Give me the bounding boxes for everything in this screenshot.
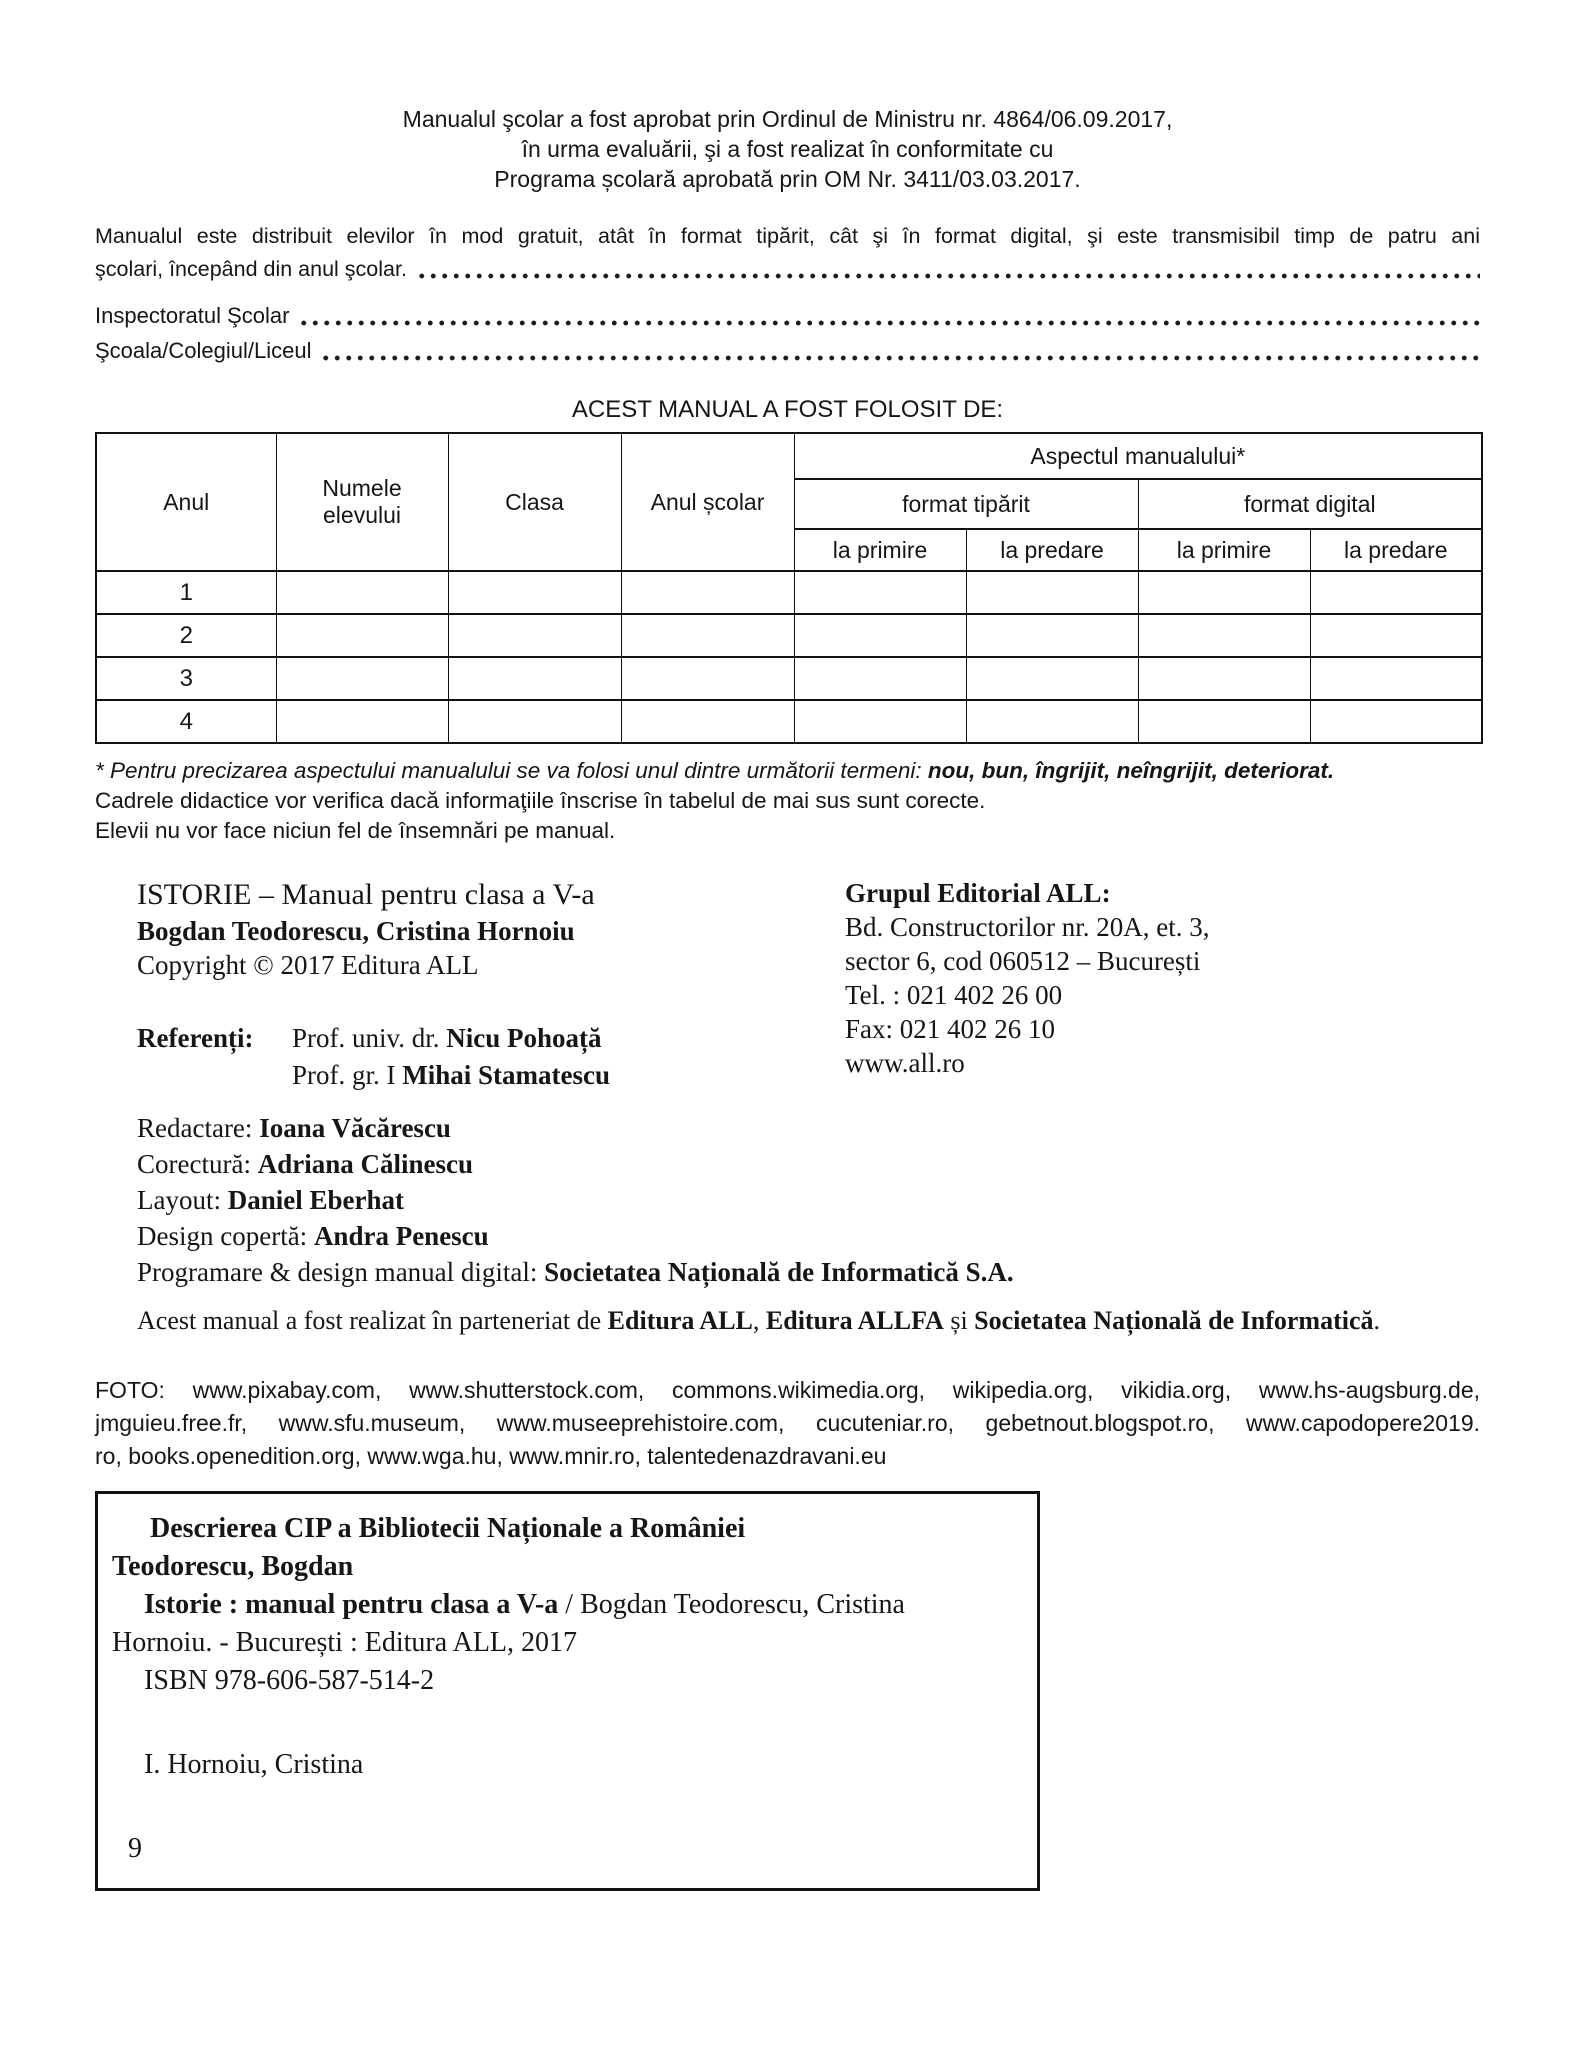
referent-prefix: Prof. gr. I	[292, 1060, 402, 1090]
empty-cell	[1138, 614, 1310, 657]
empty-cell	[1310, 614, 1482, 657]
col-header-aspect: Aspectul manualului*	[794, 433, 1482, 479]
approval-statement: Manualul şcolar a fost aprobat prin Ordi…	[95, 104, 1480, 194]
publisher-name: Grupul Editorial ALL:	[845, 876, 1209, 910]
table-row: 2	[96, 614, 1482, 657]
publisher-website: www.all.ro	[845, 1046, 1209, 1080]
cip-author: Teodorescu, Bogdan	[112, 1548, 1013, 1586]
partnership-separator: ,	[753, 1306, 766, 1335]
footnote-terms: nou, bun, îngrijit, neîngrijit, deterior…	[928, 758, 1334, 783]
empty-cell	[794, 657, 966, 700]
inspectorate-label: Inspectoratul Şcolar	[95, 298, 289, 333]
staff-name: Andra Penescu	[314, 1221, 489, 1251]
col-header-la-primire: la primire	[1138, 529, 1310, 571]
referent-prefix: Prof. univ. dr.	[292, 1023, 446, 1053]
col-header-anul: Anul	[96, 433, 276, 571]
referent-name: Mihai Stamatescu	[402, 1060, 610, 1090]
dotted-fill-line	[298, 320, 1480, 326]
row-number-cell: 3	[96, 657, 276, 700]
row-number-cell: 2	[96, 614, 276, 657]
staff-line: Layout: Daniel Eberhat	[137, 1182, 1480, 1218]
staff-role: Design copertă:	[137, 1221, 314, 1251]
empty-cell	[966, 614, 1138, 657]
approval-line: Programa școlară aprobată prin OM Nr. 34…	[95, 164, 1480, 194]
publisher-address: sector 6, cod 060512 – București	[845, 944, 1209, 978]
empty-cell	[966, 657, 1138, 700]
photo-credits: FOTO: www.pixabay.com, www.shutterstock.…	[95, 1374, 1480, 1473]
empty-cell	[621, 614, 794, 657]
partnership-suffix: .	[1374, 1306, 1381, 1335]
partner-name: Societatea Națională de Informatică	[974, 1306, 1373, 1335]
photo-credits-line: ro, books.openedition.org, www.wga.hu, w…	[95, 1440, 1480, 1473]
empty-cell	[276, 614, 448, 657]
partner-name: Editura ALL	[608, 1306, 753, 1335]
col-header-la-predare: la predare	[1310, 529, 1482, 571]
credits-left-column: ISTORIE – Manual pentru clasa a V-a Bogd…	[137, 876, 803, 1094]
empty-cell	[1138, 571, 1310, 614]
empty-cell	[448, 700, 621, 743]
cip-number: 9	[112, 1830, 1013, 1868]
approval-line: în urma evaluării, şi a fost realizat în…	[95, 134, 1480, 164]
col-header-format-tiparit: format tipărit	[794, 479, 1138, 529]
table-row: 3	[96, 657, 1482, 700]
col-header-la-primire: la primire	[794, 529, 966, 571]
publisher-fax: Fax: 021 402 26 10	[845, 1012, 1209, 1046]
table-footnote: * Pentru precizarea aspectului manualulu…	[95, 756, 1480, 846]
referent-name: Nicu Pohoață	[446, 1023, 601, 1053]
cip-description-box: Descrierea CIP a Bibliotecii Naționale a…	[95, 1491, 1040, 1891]
distribution-leader-line: şcolari, începând din anul şcolar.	[95, 253, 1480, 286]
dotted-fill-line	[320, 355, 1480, 361]
empty-cell	[621, 571, 794, 614]
row-number-cell: 1	[96, 571, 276, 614]
cip-entry: I. Hornoiu, Cristina	[112, 1746, 1013, 1784]
empty-cell	[1310, 657, 1482, 700]
authors-line: Bogdan Teodorescu, Cristina Hornoiu	[137, 914, 803, 948]
empty-cell	[794, 571, 966, 614]
empty-cell	[448, 571, 621, 614]
book-copyright-page: Manualul şcolar a fost aprobat prin Ordi…	[0, 0, 1575, 2047]
staff-name: Societatea Națională de Informatică S.A.	[544, 1257, 1013, 1287]
usage-table-title: ACEST MANUAL A FOST FOLOSIT DE:	[95, 396, 1480, 424]
table-header-row: Anul Numele elevului Clasa Anul școlar A…	[96, 433, 1482, 479]
staff-name: Ioana Văcărescu	[259, 1113, 451, 1143]
partnership-line: Acest manual a fost realizat în partener…	[137, 1304, 1480, 1338]
distribution-line: Manualul este distribuit elevilor în mod…	[95, 220, 1480, 253]
empty-cell	[621, 657, 794, 700]
publisher-address: Bd. Constructorilor nr. 20A, et. 3,	[845, 910, 1209, 944]
credits-section: ISTORIE – Manual pentru clasa a V-a Bogd…	[95, 876, 1480, 1094]
cip-title-rest: / Bogdan Teodorescu, Cristina	[558, 1589, 905, 1620]
staff-role: Programare & design manual digital:	[137, 1257, 544, 1287]
book-title: ISTORIE – Manual pentru clasa a V-a	[137, 876, 803, 914]
col-header-numele-elevului: Numele elevului	[276, 433, 448, 571]
fill-in-section: Inspectoratul Şcolar Şcoala/Colegiul/Lic…	[95, 298, 1480, 368]
empty-cell	[794, 614, 966, 657]
empty-cell	[448, 614, 621, 657]
empty-cell	[276, 571, 448, 614]
staff-line: Design copertă: Andra Penescu	[137, 1218, 1480, 1254]
publisher-block: Grupul Editorial ALL: Bd. Constructorilo…	[845, 876, 1209, 1094]
empty-cell	[966, 571, 1138, 614]
inspectorate-line: Inspectoratul Şcolar	[95, 298, 1480, 333]
cip-title-line: Hornoiu. - București : Editura ALL, 2017	[112, 1624, 1013, 1662]
cip-isbn: ISBN 978-606-587-514-2	[112, 1662, 1013, 1700]
approval-line: Manualul şcolar a fost aprobat prin Ordi…	[95, 104, 1480, 134]
staff-role: Redactare:	[137, 1113, 259, 1143]
empty-cell	[276, 700, 448, 743]
school-line: Şcoala/Colegiul/Liceul	[95, 333, 1480, 368]
cip-title-line: Istorie : manual pentru clasa a V-a / Bo…	[112, 1586, 1013, 1624]
staff-line: Programare & design manual digital: Soci…	[137, 1254, 1480, 1290]
publisher-phone: Tel. : 021 402 26 00	[845, 978, 1209, 1012]
photo-credits-line: FOTO: www.pixabay.com, www.shutterstock.…	[95, 1374, 1480, 1407]
staff-name: Daniel Eberhat	[228, 1185, 404, 1215]
empty-cell	[1310, 700, 1482, 743]
col-header-format-digital: format digital	[1138, 479, 1482, 529]
partner-name: Editura ALLFA	[766, 1306, 944, 1335]
photo-credits-line: jmguieu.free.fr, www.sfu.museum, www.mus…	[95, 1407, 1480, 1440]
col-header-la-predare: la predare	[966, 529, 1138, 571]
staff-credits: Redactare: Ioana Văcărescu Corectură: Ad…	[137, 1110, 1480, 1290]
staff-name: Adriana Călinescu	[258, 1149, 473, 1179]
footnote-star-line: * Pentru precizarea aspectului manualulu…	[95, 756, 1480, 786]
row-number-cell: 4	[96, 700, 276, 743]
referent-line: Prof. univ. dr. Nicu Pohoață	[292, 1020, 610, 1057]
distribution-paragraph: Manualul este distribuit elevilor în mod…	[95, 220, 1480, 286]
cip-title-bold: Istorie : manual pentru clasa a V-a	[144, 1589, 558, 1620]
footnote-intro: * Pentru precizarea aspectului manualulu…	[95, 758, 928, 783]
footnote-line: Cadrele didactice vor verifica dacă info…	[95, 786, 1480, 816]
empty-cell	[1138, 700, 1310, 743]
usage-table: Anul Numele elevului Clasa Anul școlar A…	[95, 432, 1483, 744]
staff-line: Redactare: Ioana Văcărescu	[137, 1110, 1480, 1146]
dotted-fill-line	[416, 273, 1480, 279]
empty-cell	[1138, 657, 1310, 700]
empty-cell	[1310, 571, 1482, 614]
col-header-anul-scolar: Anul școlar	[621, 433, 794, 571]
distribution-line: şcolari, începând din anul şcolar.	[95, 253, 407, 286]
school-label: Şcoala/Colegiul/Liceul	[95, 333, 311, 368]
table-row: 4	[96, 700, 1482, 743]
partnership-prefix: Acest manual a fost realizat în partener…	[137, 1306, 608, 1335]
empty-cell	[448, 657, 621, 700]
copyright-line: Copyright © 2017 Editura ALL	[137, 948, 803, 982]
referents-label: Referenți:	[137, 1020, 292, 1094]
empty-cell	[966, 700, 1138, 743]
referents-list: Prof. univ. dr. Nicu Pohoață Prof. gr. I…	[292, 1020, 610, 1094]
referents-block: Referenți: Prof. univ. dr. Nicu Pohoață …	[137, 1020, 803, 1094]
staff-role: Layout:	[137, 1185, 228, 1215]
empty-cell	[794, 700, 966, 743]
empty-cell	[621, 700, 794, 743]
staff-role: Corectură:	[137, 1149, 258, 1179]
referent-line: Prof. gr. I Mihai Stamatescu	[292, 1057, 610, 1094]
table-row: 1	[96, 571, 1482, 614]
staff-line: Corectură: Adriana Călinescu	[137, 1146, 1480, 1182]
partnership-separator: și	[944, 1306, 974, 1335]
col-header-clasa: Clasa	[448, 433, 621, 571]
footnote-line: Elevii nu vor face niciun fel de însemnă…	[95, 816, 1480, 846]
cip-heading: Descrierea CIP a Bibliotecii Naționale a…	[112, 1510, 1013, 1548]
empty-cell	[276, 657, 448, 700]
